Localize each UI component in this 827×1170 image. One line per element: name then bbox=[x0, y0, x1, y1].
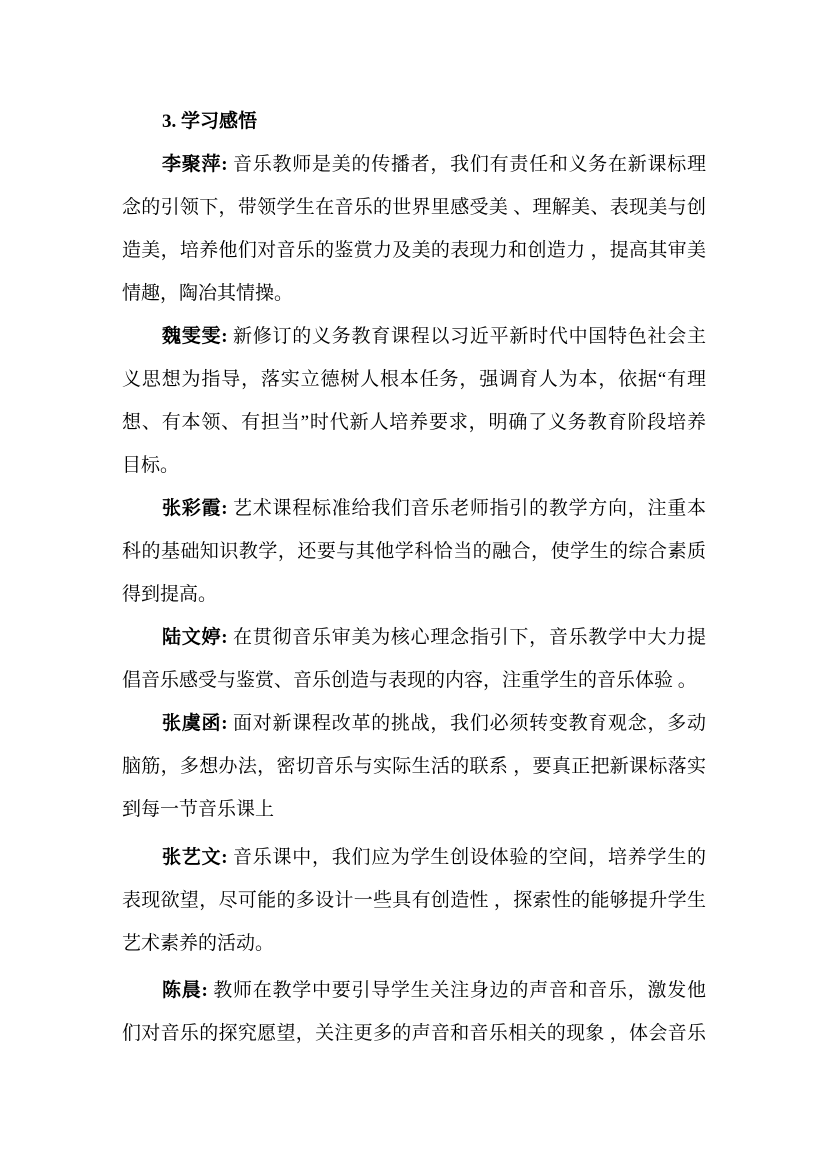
paragraph-line: 得到提高。 bbox=[122, 573, 706, 616]
paragraph-line: 陆文婷: 在贯彻音乐审美为核心理念指引下，音乐教学中大力提 bbox=[122, 616, 706, 659]
paragraph-line: 张彩霞: 艺术课程标准给我们音乐老师指引的教学方向，注重本 bbox=[122, 487, 706, 530]
line-text: 艺术课程标准给我们音乐老师指引的教学方向，注重本 bbox=[228, 498, 706, 519]
speaker-name: 张彩霞: bbox=[162, 498, 228, 519]
paragraph-line: 表现欲望，尽可能的多设计一些具有创造性 ，探索性的能够提升学生 bbox=[122, 879, 706, 922]
speaker-name: 陈晨: bbox=[162, 980, 208, 1001]
paragraph-line: 李聚萍: 音乐教师是美的传播者，我们有责任和义务在新课标理 bbox=[122, 143, 706, 186]
paragraph-line: 艺术素养的活动。 bbox=[122, 922, 706, 965]
paragraph-li-juping: 李聚萍: 音乐教师是美的传播者，我们有责任和义务在新课标理 念的引领下，带领学生… bbox=[122, 143, 706, 315]
paragraph-zhang-yiwen: 张艺文: 音乐课中，我们应为学生创设体验的空间，培养学生的 表现欲望，尽可能的多… bbox=[122, 836, 706, 965]
paragraph-line: 张虞函: 面对新课程改革的挑战，我们必须转变教育观念，多动 bbox=[122, 702, 706, 745]
paragraph-lu-wenting: 陆文婷: 在贯彻音乐审美为核心理念指引下，音乐教学中大力提 倡音乐感受与鉴赏、音… bbox=[122, 616, 706, 702]
speaker-name: 魏雯雯: bbox=[162, 326, 228, 347]
speaker-name: 陆文婷: bbox=[162, 627, 228, 648]
speaker-name: 张虞函: bbox=[162, 713, 228, 734]
line-text: 在贯彻音乐审美为核心理念指引下，音乐教学中大力提 bbox=[228, 627, 706, 648]
line-text: 音乐教师是美的传播者，我们有责任和义务在新课标理 bbox=[228, 154, 706, 175]
paragraph-line: 目标。 bbox=[122, 444, 706, 487]
paragraph-line: 义思想为指导，落实立德树人根本任务，强调育人为本，依据“有理 bbox=[122, 358, 706, 401]
document-page: 3. 学习感悟 李聚萍: 音乐教师是美的传播者，我们有责任和义务在新课标理 念的… bbox=[0, 0, 827, 1170]
line-text: 新修订的义务教育课程以习近平新时代中国特色社会主 bbox=[228, 326, 706, 347]
line-text: 面对新课程改革的挑战，我们必须转变教育观念，多动 bbox=[228, 713, 706, 734]
paragraph-line: 魏雯雯: 新修订的义务教育课程以习近平新时代中国特色社会主 bbox=[122, 315, 706, 358]
paragraph-line: 倡音乐感受与鉴赏、音乐创造与表现的内容，注重学生的音乐体验 。 bbox=[122, 659, 706, 702]
paragraph-zhang-yuhan: 张虞函: 面对新课程改革的挑战，我们必须转变教育观念，多动 脑筋，多想办法，密切… bbox=[122, 702, 706, 831]
paragraph-line: 张艺文: 音乐课中，我们应为学生创设体验的空间，培养学生的 bbox=[122, 836, 706, 879]
speaker-name: 张艺文: bbox=[162, 847, 228, 868]
paragraph-line: 念的引领下，带领学生在音乐的世界里感受美 、理解美、表现美与创 bbox=[122, 186, 706, 229]
paragraph-line: 造美，培养他们对音乐的鉴赏力及美的表现力和创造力 ，提高其审美 bbox=[122, 229, 706, 272]
line-text: 音乐课中，我们应为学生创设体验的空间，培养学生的 bbox=[228, 847, 706, 868]
paragraph-line: 陈晨: 教师在教学中要引导学生关注身边的声音和音乐，激发他 bbox=[122, 969, 706, 1012]
paragraph-line: 们对音乐的探究愿望，关注更多的声音和音乐相关的现象 ，体会音乐 bbox=[122, 1012, 706, 1055]
paragraph-line: 到每一节音乐课上 bbox=[122, 788, 706, 831]
line-text: 教师在教学中要引导学生关注身边的声音和音乐，激发他 bbox=[208, 980, 706, 1001]
speaker-name: 李聚萍: bbox=[162, 154, 228, 175]
paragraph-line: 科的基础知识教学，还要与其他学科恰当的融合，使学生的综合素质 bbox=[122, 530, 706, 573]
paragraph-line: 情趣，陶冶其情操。 bbox=[122, 272, 706, 315]
paragraph-line: 想、有本领、有担当”时代新人培养要求，明确了义务教育阶段培养 bbox=[122, 401, 706, 444]
paragraph-wei-wenwen: 魏雯雯: 新修订的义务教育课程以习近平新时代中国特色社会主 义思想为指导，落实立… bbox=[122, 315, 706, 487]
paragraph-chen-chen: 陈晨: 教师在教学中要引导学生关注身边的声音和音乐，激发他 们对音乐的探究愿望，… bbox=[122, 969, 706, 1055]
section-heading: 3. 学习感悟 bbox=[122, 100, 706, 143]
paragraph-line: 脑筋，多想办法，密切音乐与实际生活的联系 ，要真正把新课标落实 bbox=[122, 745, 706, 788]
paragraph-zhang-caixia: 张彩霞: 艺术课程标准给我们音乐老师指引的教学方向，注重本 科的基础知识教学，还… bbox=[122, 487, 706, 616]
